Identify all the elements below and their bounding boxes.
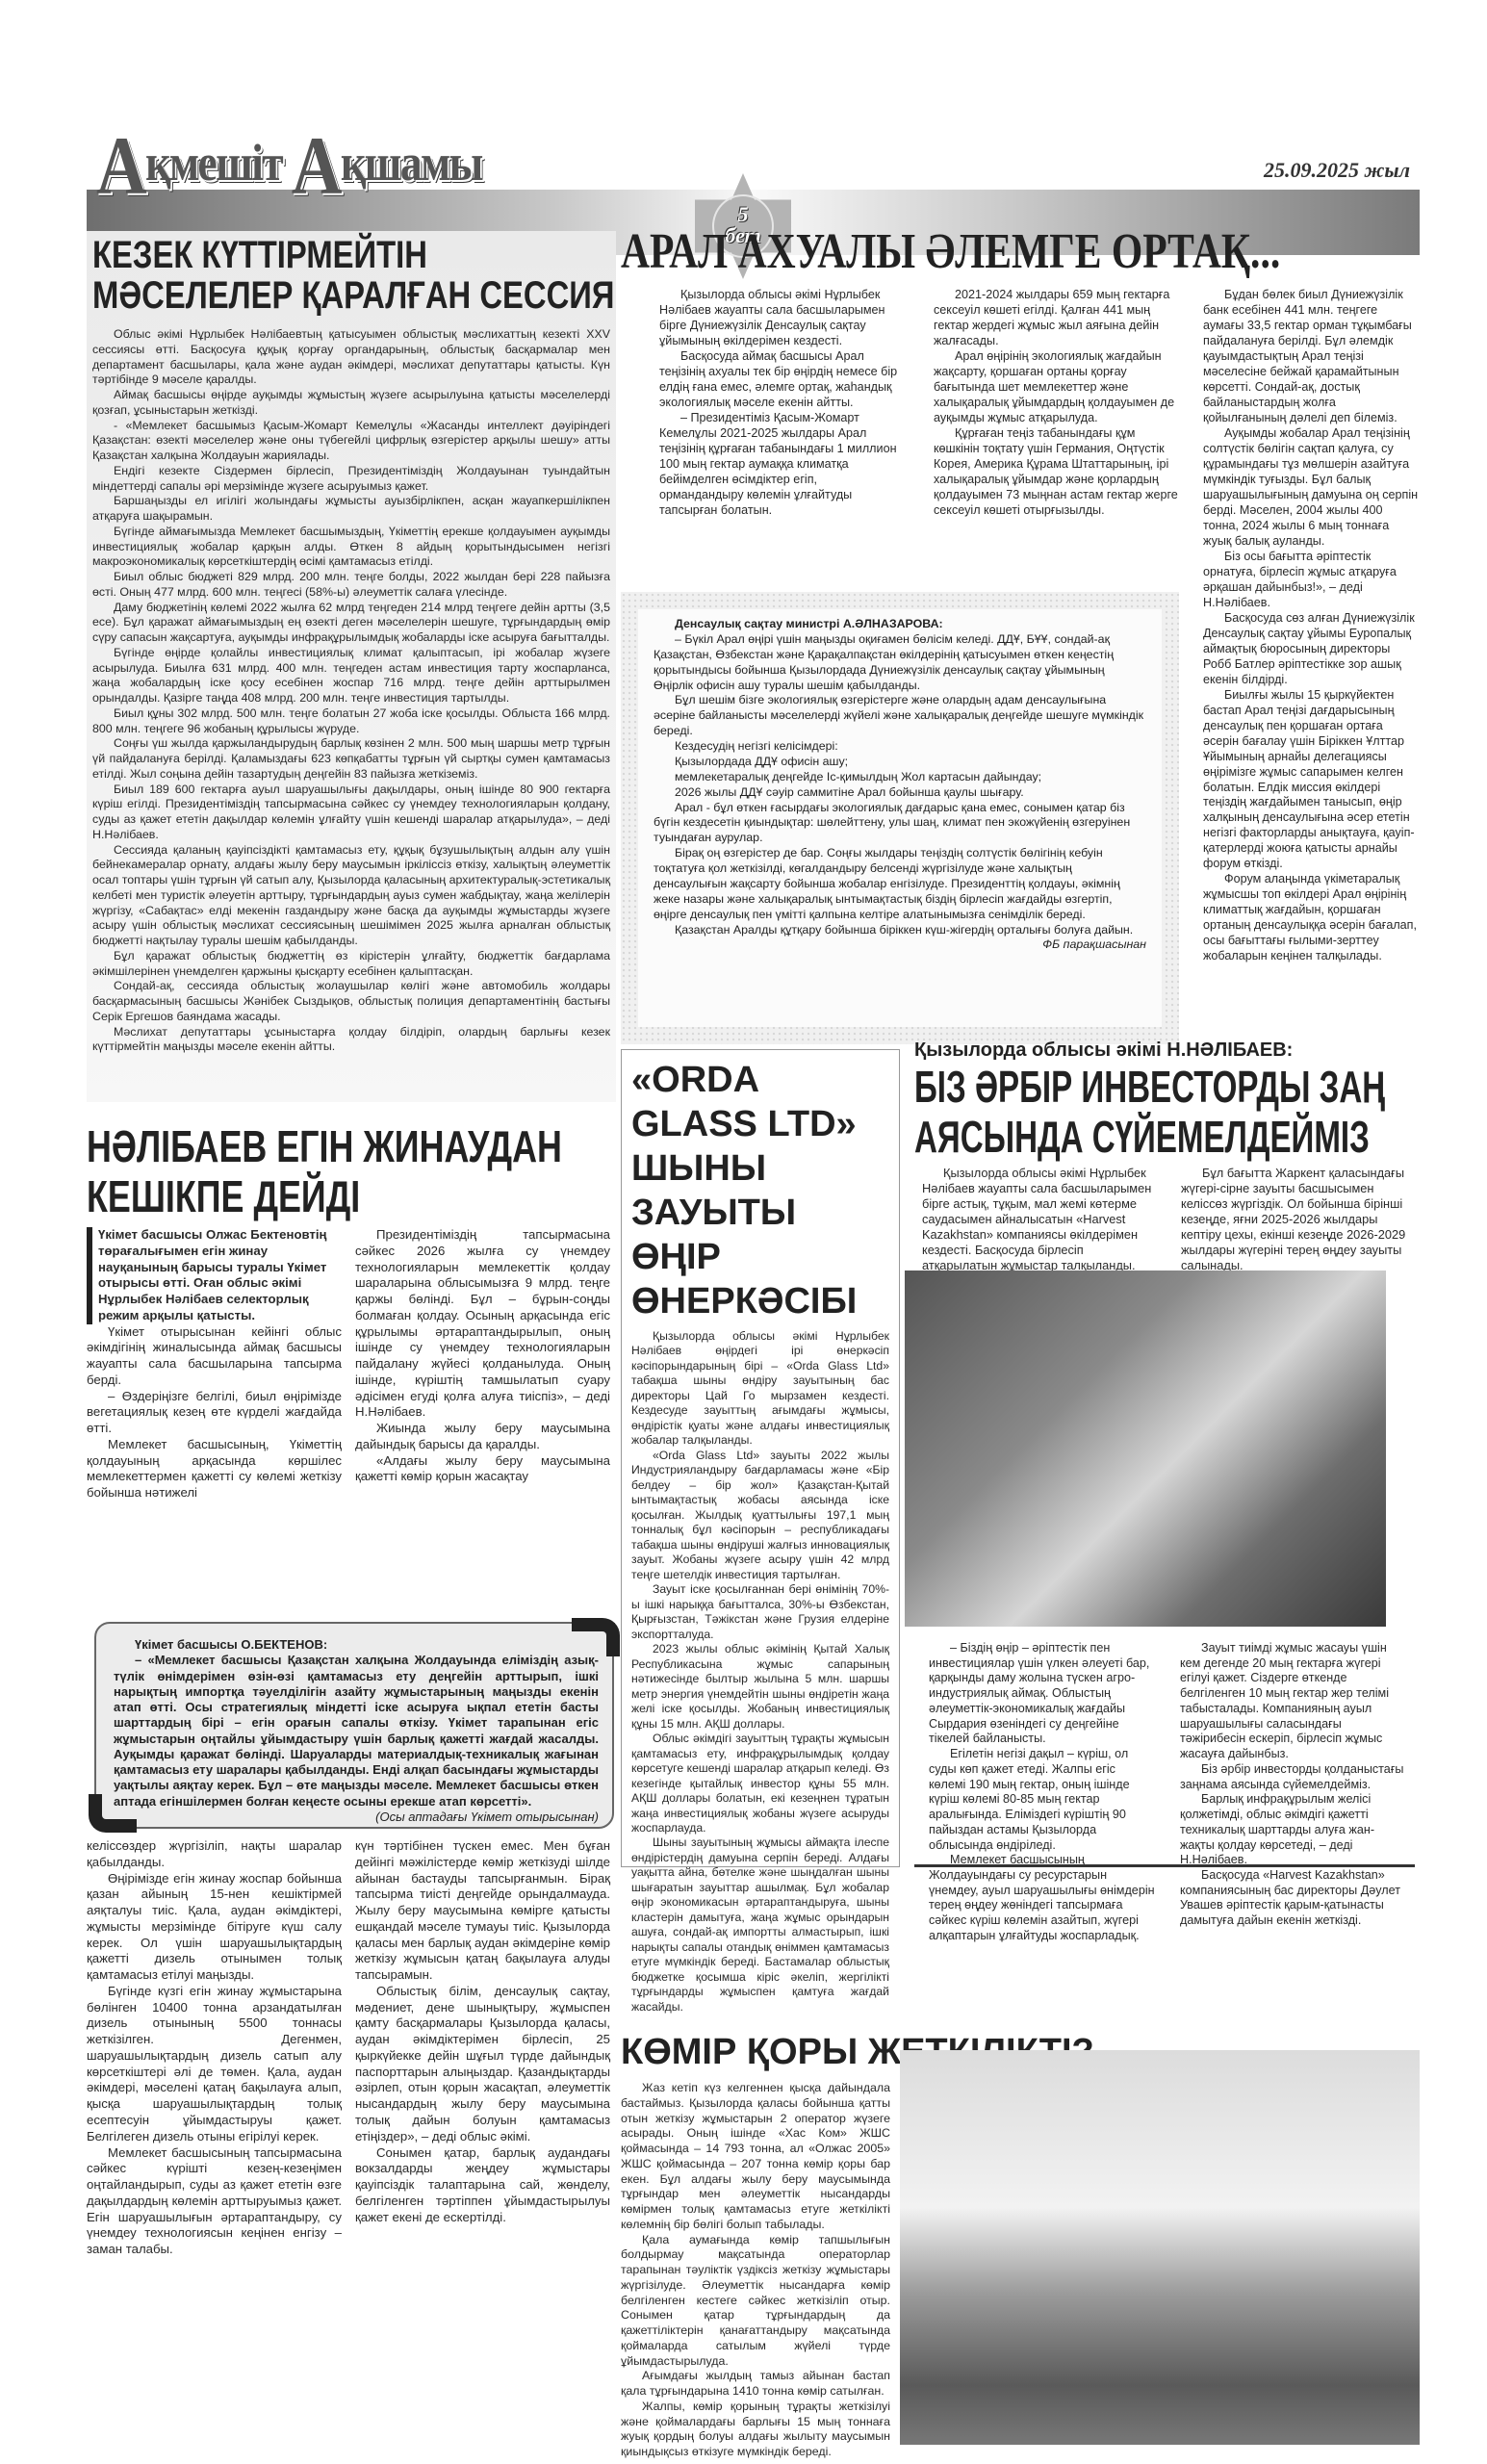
article-session-body: Облыс әкімі Нұрлыбек Нәлібаевтың қатысуы… <box>92 327 610 1055</box>
meeting-photo <box>905 1270 1386 1627</box>
article-session-headline: КЕЗЕК КҮТТІРМЕЙТІН МӘСЕЛЕЛЕР ҚАРАЛҒАН СЕ… <box>92 235 610 327</box>
coal-depot-photo <box>900 2050 1420 2445</box>
article-harvest: НӘЛІБАЕВ ЕГІН ЖИНАУДАН КЕШІКПЕ ДЕЙДІ Үкі… <box>87 1121 616 2464</box>
sidebar-source: ФБ парақшасынан <box>654 937 1146 953</box>
article-orda-headline: «ORDA GLASS LTD» ШЫНЫ ЗАУЫТЫ ӨҢІР ӨНЕРКӘ… <box>631 1058 889 1323</box>
article-harvest-lead: Үкімет басшысы Олжас Бектеновтің төрағал… <box>87 1227 342 1324</box>
article-orda-glass: «ORDA GLASS LTD» ШЫНЫ ЗАУЫТЫ ӨҢІР ӨНЕРКӘ… <box>621 1049 900 1867</box>
issue-date: 25.09.2025 жыл <box>1264 158 1410 183</box>
quote-speaker: Үкімет басшысы О.БЕКТЕНОВ: <box>114 1637 599 1653</box>
article-investors: Қызылорда облысы әкімі Н.НӘЛІБАЕВ: БІЗ Ә… <box>914 1039 1415 1877</box>
article-coal: КӨМІР ҚОРЫ ЖЕТКІЛІКТІ?.. Жаз кетіп күз к… <box>621 2031 1420 2464</box>
masthead: Ақмешіт Ақшамы 25.09.2025 жыл 5бет <box>0 58 1487 231</box>
article-aral-headline: АРАЛ АХУАЛЫ ӘЛЕМГЕ ОРТАҚ... <box>621 226 1420 284</box>
article-investors-kicker: Қызылорда облысы әкімі Н.НӘЛІБАЕВ: <box>914 1039 1415 1062</box>
newspaper-logo: Ақмешіт Ақшамы <box>96 117 482 214</box>
quote-corner-bottom <box>89 1794 137 1833</box>
article-aral: АРАЛ АХУАЛЫ ӘЛЕМГЕ ОРТАҚ... Қызылорда об… <box>621 226 1420 1049</box>
minister-sidebar: Денсаулық сақтау министрі А.ӘЛНАЗАРОВА: … <box>621 592 1179 1044</box>
quote-text: – «Мемлекет басшысы Қазақстан халқына Жо… <box>114 1653 599 1809</box>
quote-source: (Осы аптадағы Үкімет отырысынан) <box>114 1809 599 1825</box>
article-investors-headline: БІЗ ӘРБІР ИНВЕСТОРДЫ ЗАҢ АЯСЫНДА СҮЙЕМЕЛ… <box>914 1062 1415 1166</box>
sidebar-speaker: Денсаулық сақтау министрі А.ӘЛНАЗАРОВА: <box>654 617 1146 632</box>
quote-corner-top <box>572 1618 620 1656</box>
bektenov-quote-box: Үкімет басшысы О.БЕКТЕНОВ: – «Мемлекет б… <box>94 1622 614 1829</box>
section-divider <box>914 1864 1415 1867</box>
article-harvest-headline: НӘЛІБАЕВ ЕГІН ЖИНАУДАН КЕШІКПЕ ДЕЙДІ <box>87 1121 616 1227</box>
article-session: КЕЗЕК КҮТТІРМЕЙТІН МӘСЕЛЕЛЕР ҚАРАЛҒАН СЕ… <box>87 231 616 1102</box>
